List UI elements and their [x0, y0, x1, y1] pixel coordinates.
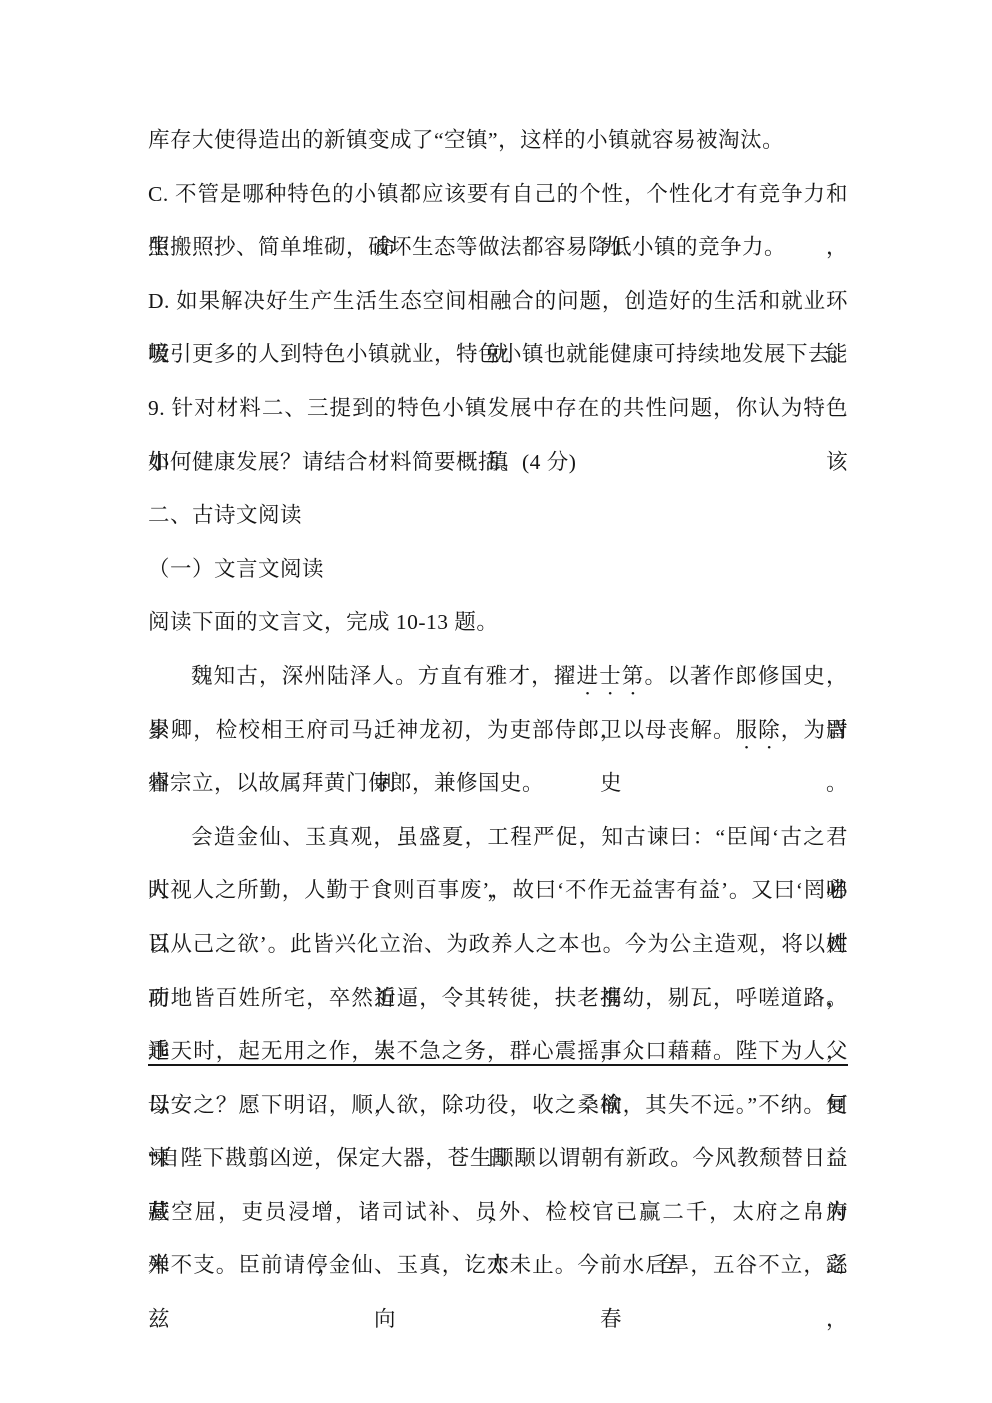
document-body: 库存大使得造出的新镇变成了“空镇”，这样的小镇就容易被淘汰。C. 不管是哪种特色… — [148, 114, 848, 1293]
passage-para2-line-2: 时视人之所勤，人勤于食则百事废’，故曰‘不作无益害有益’。又曰‘罔咈百姓 — [148, 864, 848, 918]
passage-para1-line-2: 少卿，检校相王府司马。神龙初，为吏部侍郎，以母丧解。服除，为晋州刺史。 — [148, 704, 848, 758]
text-segment: 魏知古，深州陆泽人。方直有雅才，擢 — [191, 664, 577, 688]
text-segment: 库存大使得造出的新镇变成了“空镇”，这样的小镇就容易被淘汰。 — [148, 128, 784, 152]
text-segment: 而地皆百姓所宅，卒然迫逼，令其转徙，扶老携幼，剔瓦，呼嗟道路。 — [148, 986, 848, 1010]
reading-instruction: 阅读下面的文言文，完成 10-13 题。 — [148, 596, 848, 650]
text-segment: 二、古诗文阅读 — [148, 503, 302, 527]
text-segment: （一）文言文阅读 — [148, 557, 324, 581]
passage-para1-line-1: 魏知古，深州陆泽人。方直有雅才，擢进士第。以著作郎修国史，累迁卫尉 — [148, 650, 848, 704]
subsection-heading: （一）文言文阅读 — [148, 543, 848, 597]
text-segment: 吸引更多的人到特色小镇就业，特色小镇也就能健康可持续地发展下去。 — [148, 342, 852, 366]
text-segment: 米不支。臣前请停金仙、玉真，讫亦未止。今前水后旱，五谷不立，繇兹向春， — [148, 1253, 848, 1331]
passage-para2-line-6: 以安之？愿下明诏，顺人欲，除功役，收之桑榆，其失不远。”不纳。复谏曰： — [148, 1079, 848, 1133]
exam-page: { "page": { "background_color": "#ffffff… — [0, 0, 992, 1403]
choice-c-line-2: 照搬照抄、简单堆砌，破坏生态等做法都容易降低小镇的竞争力。 — [148, 221, 848, 275]
text-segment: 如何健康发展？请结合材料简要概括。(4 分) — [148, 450, 576, 474]
passage-para2-line-5: 违天时，起无用之作，崇不急之务，群心震摇，众口藉藉。陛下为人父母，欲何 — [148, 1025, 848, 1079]
emphasized-term-fuchu: 服除 — [736, 718, 781, 742]
passage-para2-line-4: 而地皆百姓所宅，卒然迫逼，令其转徙，扶老携幼，剔瓦，呼嗟道路。乖人事， — [148, 972, 848, 1026]
passage-para2-line-3: 以从己之欲’。此皆兴化立治、为政养人之本也。今为公主造观，将以树功祈福， — [148, 918, 848, 972]
section-heading: 二、古诗文阅读 — [148, 489, 848, 543]
passage-para2-line-1: 会造金仙、玉真观，虽盛夏，工程严促，知古谏曰：“臣闻‘古之君人，必 — [148, 811, 848, 865]
question-9-line-1: 9. 针对材料二、三提到的特色小镇发展中存在的共性问题，你认为特色小镇该 — [148, 382, 848, 436]
text-segment: 照搬照抄、简单堆砌，破坏生态等做法都容易降低小镇的竞争力。 — [148, 235, 786, 259]
passage-para2-line-7: “自陛下戡翦凶逆，保定大器，苍生颙颙以谓朝有新政。今风教颓替日益甚，府 — [148, 1132, 848, 1186]
passage-para2-line-9: 米不支。臣前请停金仙、玉真，讫亦未止。今前水后旱，五谷不立，繇兹向春， — [148, 1239, 848, 1293]
passage-para2-line-8: 藏空屈，吏员浸增，诸司试补、员外、检校官已赢二千，太府之帛为殚，太仓之 — [148, 1186, 848, 1240]
choice-d-line-1: D. 如果解决好生产生活生态空间相融合的问题，创造好的生活和就业环境就能 — [148, 275, 848, 329]
underlined-passage-part2: 违天时，起无用之作，崇不急之务，群心震摇，众口藉藉 — [148, 1039, 713, 1063]
text-segment: 阅读下面的文言文，完成 10-13 题。 — [148, 610, 498, 634]
text-segment: 睿宗立，以故属拜黄门侍郎，兼修国史。 — [148, 771, 544, 795]
text-segment: 少卿，检校相王府司马。神龙初，为吏部侍郎，以母丧解。 — [148, 718, 736, 742]
choice-c-line-1: C. 不管是哪种特色的小镇都应该要有自己的个性，个性化才有竞争力和生命力， — [148, 168, 848, 222]
choice-b-continuation-line: 库存大使得造出的新镇变成了“空镇”，这样的小镇就容易被淘汰。 — [148, 114, 848, 168]
choice-d-line-2: 吸引更多的人到特色小镇就业，特色小镇也就能健康可持续地发展下去。 — [148, 328, 848, 382]
emphasized-term-jinshidi: 进士第 — [577, 664, 645, 688]
